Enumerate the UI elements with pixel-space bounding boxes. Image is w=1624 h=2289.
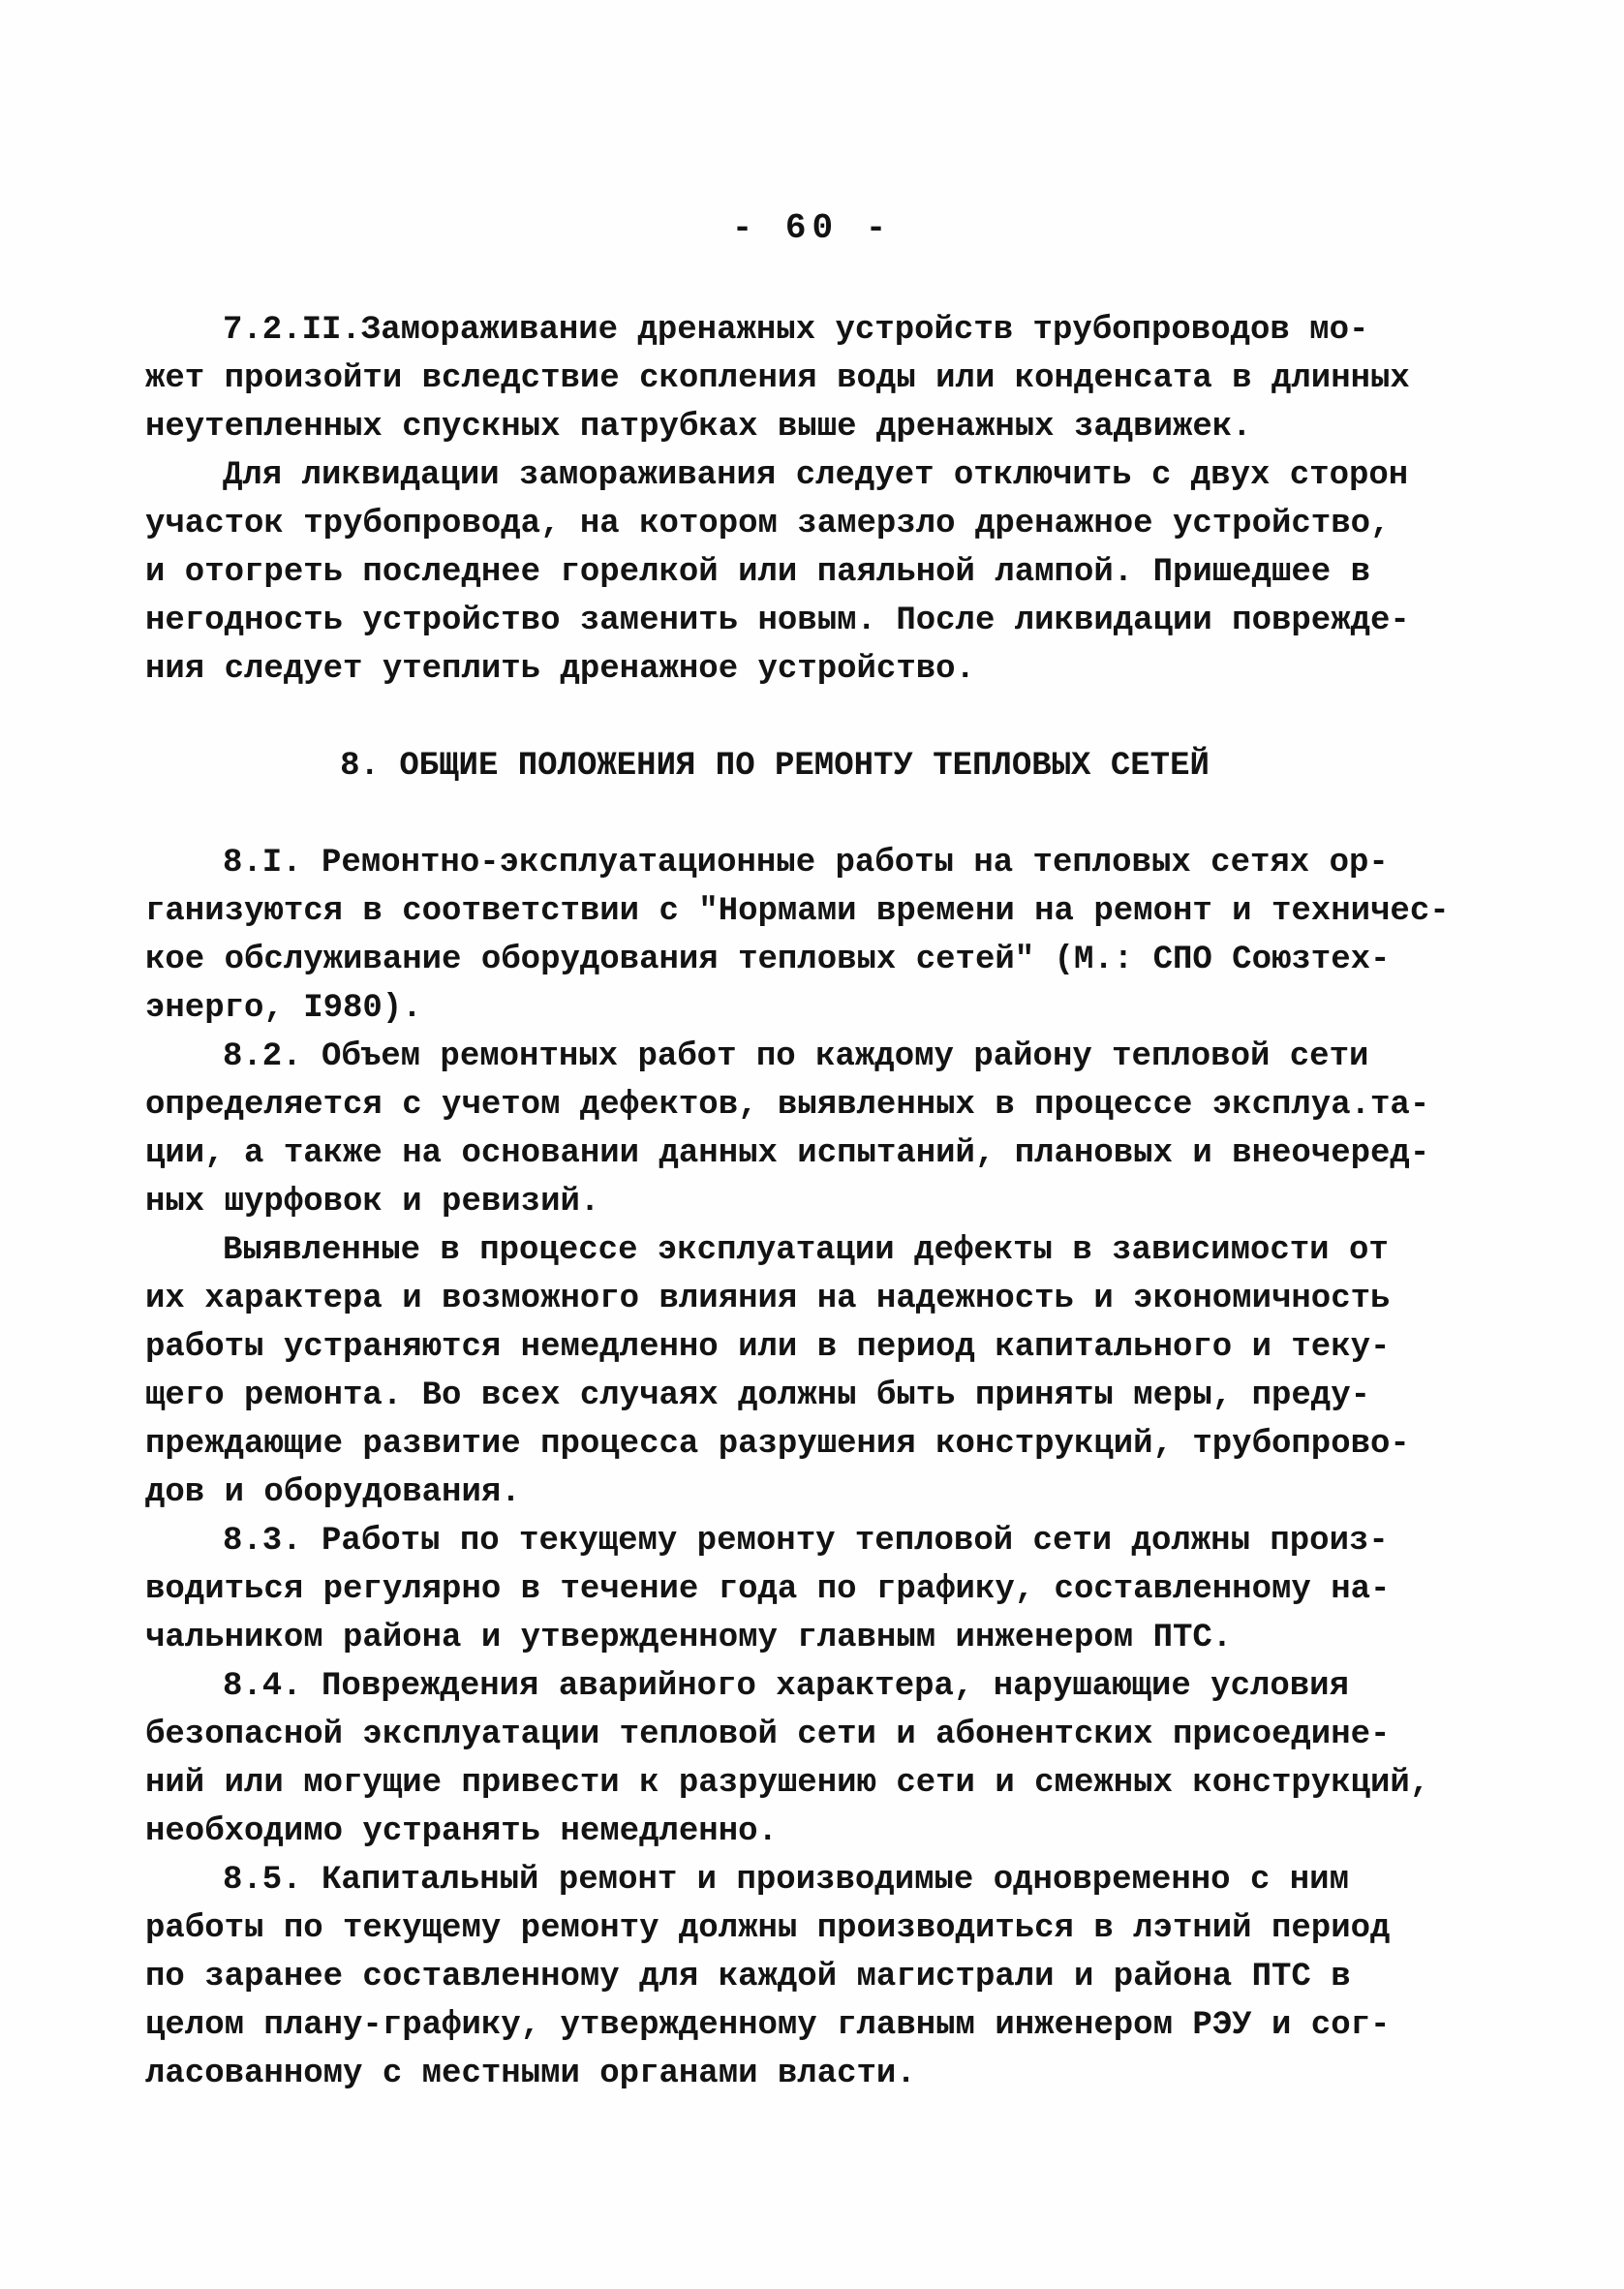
text-line: дов и оборудования. [145,1469,1530,1517]
text-line: кое обслуживание оборудования тепловых с… [145,936,1530,984]
text-line: негодность устройство заменить новым. По… [145,597,1530,645]
text-line: их характера и возможного влияния на над… [145,1275,1530,1323]
text-line: 7.2.II.Замораживание дренажных устройств… [145,306,1530,355]
text-line: по заранее составленному для каждой маги… [145,1953,1530,2001]
text-line: необходимо устранять немедленно. [145,1808,1530,1856]
text-line: Выявленные в процессе эксплуатации дефек… [145,1226,1530,1275]
text-line: участок трубопровода, на котором замерзл… [145,500,1530,548]
section-heading: 8. ОБЩИЕ ПОЛОЖЕНИЯ ПО РЕМОНТУ ТЕПЛОВЫХ С… [145,742,1530,790]
text-line: щего ремонта. Во всех случаях должны быт… [145,1372,1530,1420]
text-line: 8.2. Объем ремонтных работ по каждому ра… [145,1033,1530,1081]
paragraph: 7.2.II.Замораживание дренажных устройств… [145,306,1530,451]
text-line: работы устраняются немедленно или в пери… [145,1323,1530,1372]
paragraph: 8.I. Ремонтно-эксплуатационные работы на… [145,839,1530,1033]
text-line: преждающие развитие процесса разрушения … [145,1420,1530,1469]
text-line: водиться регулярно в течение года по гра… [145,1565,1530,1614]
text-line: определяется с учетом дефектов, выявленн… [145,1081,1530,1129]
document-page: - 60 - 7.2.II.Замораживание дренажных ус… [0,0,1624,2289]
text-line: 8.5. Капитальный ремонт и производимые о… [145,1856,1530,1904]
text-line: безопасной эксплуатации тепловой сети и … [145,1711,1530,1759]
paragraph: 8.2. Объем ремонтных работ по каждому ра… [145,1033,1530,1226]
text-line: жет произойти вследствие скопления воды … [145,355,1530,403]
text-line: 8.3. Работы по текущему ремонту тепловой… [145,1517,1530,1565]
text-line: ния следует утеплить дренажное устройств… [145,645,1530,694]
paragraph: 8.5. Капитальный ремонт и производимые о… [145,1856,1530,2098]
text-line: ганизуются в соответствии с "Нормами вре… [145,887,1530,936]
paragraph: 8.4. Повреждения аварийного характера, н… [145,1662,1530,1856]
text-line: энерго, I980). [145,984,1530,1033]
paragraph: 8.3. Работы по текущему ремонту тепловой… [145,1517,1530,1662]
text-line: целом плану-графику, утвержденному главн… [145,2001,1530,2050]
text-line: ний или могущие привести к разрушению се… [145,1759,1530,1808]
paragraph: Для ликвидации замораживания следует отк… [145,451,1530,694]
text-line: Для ликвидации замораживания следует отк… [145,451,1530,500]
text-line: 8.I. Ремонтно-эксплуатационные работы на… [145,839,1530,887]
paragraph: Выявленные в процессе эксплуатации дефек… [145,1226,1530,1517]
text-line: 8.4. Повреждения аварийного характера, н… [145,1662,1530,1711]
text-line: работы по текущему ремонту должны произв… [145,1904,1530,1953]
page-number: - 60 - [0,207,1624,250]
text-line: чальником района и утвержденному главным… [145,1614,1530,1662]
text-line: ции, а также на основании данных испытан… [145,1129,1530,1178]
text-line: неутепленных спускных патрубках выше дре… [145,403,1530,451]
text-line: ных шурфовок и ревизий. [145,1178,1530,1226]
text-line: и отогреть последнее горелкой или паяльн… [145,548,1530,597]
text-line: ласованному с местными органами власти. [145,2050,1530,2098]
document-body: 7.2.II.Замораживание дренажных устройств… [145,306,1530,2098]
